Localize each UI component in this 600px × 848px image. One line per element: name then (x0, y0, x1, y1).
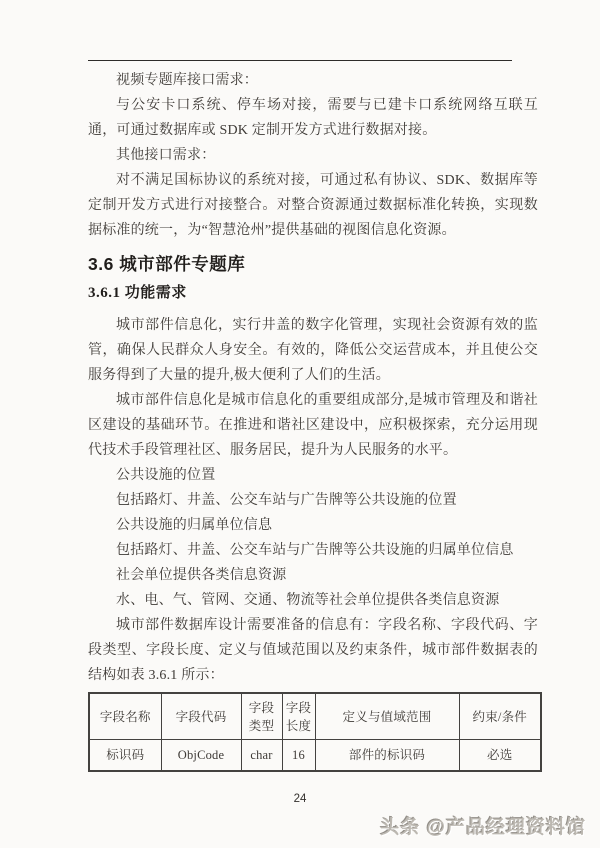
paragraph-nonstandard-integration: 对不满足国标协议的系统对接，可通过私有协议、SDK、数据库等定制开发方式进行对接… (88, 168, 538, 243)
paragraph-component-importance: 城市部件信息化是城市信息化的重要组成部分,是城市管理及和谐社区建设的基础环节。在… (88, 388, 538, 463)
paragraph-video-interface-requirement: 视频专题库接口需求： (88, 68, 538, 93)
table-header-definition-range: 定义与值域范围 (315, 693, 459, 740)
list-item-owner-info-detail: 包括路灯、井盖、公交车站与广告牌等公共设施的归属单位信息 (88, 538, 538, 563)
cell-definition-range: 部件的标识码 (315, 740, 459, 772)
list-item-facility-location-detail: 包括路灯、井盖、公交车站与广告牌等公共设施的位置 (88, 488, 538, 513)
table-header-row: 字段名称 字段代码 字段类型 字段长度 定义与值域范围 约束/条件 (89, 693, 541, 740)
subsection-heading-3-6-1: 3.6.1 功能需求 (88, 281, 538, 305)
section-heading-3-6: 3.6 城市部件专题库 (88, 251, 538, 277)
cell-field-name: 标识码 (89, 740, 161, 772)
paragraph-component-informatization: 城市部件信息化，实行井盖的数字化管理，实现社会资源有效的监管，确保人民群众人身安… (88, 313, 538, 388)
cell-field-type: char (241, 740, 282, 772)
table-header-field-code: 字段代码 (161, 693, 241, 740)
table-header-field-name: 字段名称 (89, 693, 161, 740)
header-divider-line (88, 60, 512, 61)
field-definition-table: 字段名称 字段代码 字段类型 字段长度 定义与值域范围 约束/条件 标识码 Ob… (88, 692, 542, 772)
page-number: 24 (0, 793, 600, 805)
table-header-field-length: 字段长度 (282, 693, 315, 740)
cell-constraint: 必选 (459, 740, 541, 772)
cell-field-length: 16 (282, 740, 315, 772)
table-header-constraint: 约束/条件 (459, 693, 541, 740)
paragraph-checkpoint-integration: 与公安卡口系统、停车场对接，需要与已建卡口系统网络互联互通，可通过数据库或 SD… (88, 93, 538, 143)
paragraph-database-design-info: 城市部件数据库设计需要准备的信息有：字段名称、字段代码、字段类型、字段长度、定义… (88, 613, 538, 688)
list-item-owner-info: 公共设施的归属单位信息 (88, 513, 538, 538)
paragraph-other-interface-requirement: 其他接口需求： (88, 143, 538, 168)
table-header-field-type: 字段类型 (241, 693, 282, 740)
list-item-social-unit-resources: 社会单位提供各类信息资源 (88, 563, 538, 588)
document-page: 视频专题库接口需求： 与公安卡口系统、停车场对接，需要与已建卡口系统网络互联互通… (0, 0, 600, 848)
table-row: 标识码 ObjCode char 16 部件的标识码 必选 (89, 740, 541, 772)
cell-field-code: ObjCode (161, 740, 241, 772)
list-item-facility-location: 公共设施的位置 (88, 463, 538, 488)
watermark: 头条 @产品经理资料馆 (380, 812, 586, 839)
list-item-social-unit-resources-detail: 水、电、气、管网、交通、物流等社会单位提供各类信息资源 (88, 588, 538, 613)
document-body: 视频专题库接口需求： 与公安卡口系统、停车场对接，需要与已建卡口系统网络互联互通… (88, 68, 538, 772)
